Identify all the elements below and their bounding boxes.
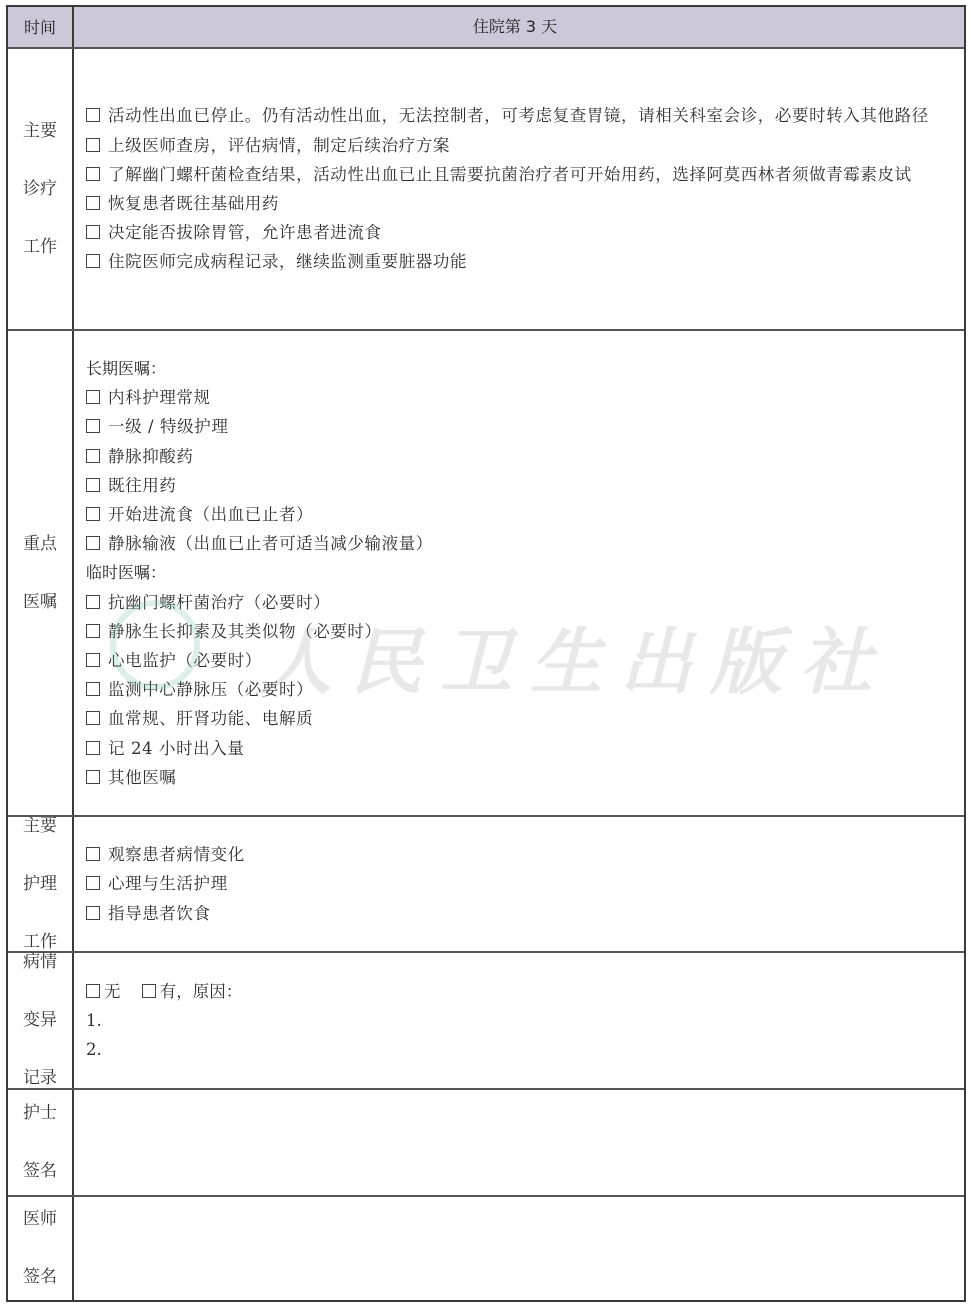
checkbox-icon[interactable]: [86, 412, 108, 441]
checkbox-icon[interactable]: [86, 218, 108, 247]
checklist-item[interactable]: 静脉输液（出血已止者可适当减少输液量）: [86, 529, 956, 558]
checkbox-icon[interactable]: [86, 869, 108, 898]
item-text: 决定能否拔除胃管，允许患者进流食: [108, 218, 956, 247]
item-text: 抗幽门螺杆菌治疗（必要时）: [108, 588, 956, 617]
label-line: 签名: [21, 1157, 59, 1186]
label-line: 护士: [21, 1099, 59, 1128]
item-text: 内科护理常规: [108, 383, 956, 412]
checkbox-icon[interactable]: [86, 840, 108, 869]
diagnosis-row-label: 主要诊疗工作: [8, 49, 74, 329]
item-text: 静脉输液（出血已止者可适当减少输液量）: [108, 529, 956, 558]
diagnosis-items: 活动性出血已停止。仍有活动性出血，无法控制者，可考虑复查胃镜，请相关科室会诊，必…: [74, 49, 964, 329]
item-text: 监测中心静脉压（必要时）: [108, 675, 956, 704]
checkbox-icon[interactable]: [86, 471, 108, 500]
label-line: 变异: [21, 1006, 59, 1035]
checkbox-icon[interactable]: [86, 977, 104, 1006]
nursing-row: 主要护理工作 观察患者病情变化 心理与生活护理 指导患者饮食: [8, 817, 964, 953]
item-text: 静脉生长抑素及其类似物（必要时）: [108, 617, 956, 646]
checklist-item[interactable]: 一级 / 特级护理: [86, 412, 956, 441]
label-line: 医师: [21, 1205, 59, 1234]
orders-row: 重点医嘱 长期医嘱： 内科护理常规 一级 / 特级护理 静脉抑酸药 既往用药 开…: [8, 331, 964, 817]
checkbox-icon[interactable]: [86, 383, 108, 412]
item-text: 住院医师完成病程记录，继续监测重要脏器功能: [108, 247, 956, 276]
checkbox-icon[interactable]: [86, 763, 108, 792]
temporary-orders-heading: 临时医嘱：: [86, 558, 956, 587]
label-line: 诊疗: [21, 175, 59, 204]
item-text: 一级 / 特级护理: [108, 412, 956, 441]
time-label: 时间: [21, 13, 59, 42]
checkbox-icon[interactable]: [86, 442, 108, 471]
checklist-item[interactable]: 既往用药: [86, 471, 956, 500]
checklist-item[interactable]: 监测中心静脉压（必要时）: [86, 675, 956, 704]
clinical-pathway-table: 时间 住院第 3 天 主要诊疗工作 活动性出血已停止。仍有活动性出血，无法控制者…: [6, 5, 966, 1302]
option-none-label: 无: [104, 977, 121, 1006]
item-text: 既往用药: [108, 471, 956, 500]
reason-line-2[interactable]: 2.: [86, 1035, 956, 1064]
item-text: 记 24 小时出入量: [108, 734, 956, 763]
item-text: 了解幽门螺杆菌检查结果，活动性出血已止且需要抗菌治疗者可开始用药，选择阿莫西林者…: [108, 160, 956, 189]
checkbox-icon[interactable]: [142, 977, 160, 1006]
label-line: 医嘱: [21, 588, 59, 617]
nurse-signature-label: 护士签名: [8, 1090, 74, 1195]
checkbox-icon[interactable]: [86, 101, 108, 130]
checklist-item[interactable]: 了解幽门螺杆菌检查结果，活动性出血已止且需要抗菌治疗者可开始用药，选择阿莫西林者…: [86, 160, 956, 189]
checklist-item[interactable]: 心电监护（必要时）: [86, 646, 956, 675]
day-label: 住院第 3 天: [473, 12, 557, 41]
header-row: 时间 住院第 3 天: [8, 7, 964, 49]
item-text: 其他医嘱: [108, 763, 956, 792]
option-none[interactable]: 无: [86, 977, 121, 1006]
checkbox-icon[interactable]: [86, 529, 108, 558]
checklist-item[interactable]: 开始进流食（出血已止者）: [86, 500, 956, 529]
label-line: 主要: [21, 812, 59, 841]
checklist-item[interactable]: 静脉抑酸药: [86, 442, 956, 471]
checkbox-icon[interactable]: [86, 500, 108, 529]
item-text: 恢复患者既往基础用药: [108, 189, 956, 218]
doctor-signature-field[interactable]: [74, 1197, 964, 1300]
label-line: 护理: [21, 870, 59, 899]
checklist-item[interactable]: 上级医师查房，评估病情，制定后续治疗方案: [86, 131, 956, 160]
variation-content: 无 有，原因： 1. 2.: [74, 953, 964, 1088]
diagnosis-row: 主要诊疗工作 活动性出血已停止。仍有活动性出血，无法控制者，可考虑复查胃镜，请相…: [8, 49, 964, 331]
checkbox-icon[interactable]: [86, 617, 108, 646]
variation-row: 病情变异记录 无 有，原因： 1. 2.: [8, 953, 964, 1090]
label-line: 病情: [21, 948, 59, 977]
doctor-signature-label: 医师签名: [8, 1197, 74, 1300]
item-text: 活动性出血已停止。仍有活动性出血，无法控制者，可考虑复查胃镜，请相关科室会诊，必…: [108, 101, 956, 130]
label-line: 工作: [21, 233, 59, 262]
checkbox-icon[interactable]: [86, 131, 108, 160]
checkbox-icon[interactable]: [86, 160, 108, 189]
item-text: 心电监护（必要时）: [108, 646, 956, 675]
item-text: 上级医师查房，评估病情，制定后续治疗方案: [108, 131, 956, 160]
reason-line-1[interactable]: 1.: [86, 1006, 956, 1035]
nurse-signature-field[interactable]: [74, 1090, 964, 1195]
item-text: 观察患者病情变化: [108, 840, 956, 869]
orders-row-label: 重点医嘱: [8, 331, 74, 815]
item-text: 开始进流食（出血已止者）: [108, 500, 956, 529]
checklist-item[interactable]: 内科护理常规: [86, 383, 956, 412]
checkbox-icon[interactable]: [86, 247, 108, 276]
nursing-row-label: 主要护理工作: [8, 817, 74, 951]
checklist-item[interactable]: 活动性出血已停止。仍有活动性出血，无法控制者，可考虑复查胃镜，请相关科室会诊，必…: [86, 101, 956, 130]
checkbox-icon[interactable]: [86, 734, 108, 763]
nursing-items: 观察患者病情变化 心理与生活护理 指导患者饮食: [74, 817, 964, 951]
checklist-item[interactable]: 决定能否拔除胃管，允许患者进流食: [86, 218, 956, 247]
checklist-item[interactable]: 血常规、肝肾功能、电解质: [86, 704, 956, 733]
variation-row-label: 病情变异记录: [8, 953, 74, 1088]
checkbox-icon[interactable]: [86, 588, 108, 617]
checklist-item[interactable]: 心理与生活护理: [86, 869, 956, 898]
checklist-item[interactable]: 其他医嘱: [86, 763, 956, 792]
time-column-header: 时间: [8, 7, 74, 47]
label-line: 记录: [21, 1064, 59, 1093]
checkbox-icon[interactable]: [86, 646, 108, 675]
item-text: 指导患者饮食: [108, 899, 956, 928]
checkbox-icon[interactable]: [86, 189, 108, 218]
option-yes-label: 有，原因：: [160, 977, 243, 1006]
item-text: 静脉抑酸药: [108, 442, 956, 471]
checklist-item[interactable]: 抗幽门螺杆菌治疗（必要时）: [86, 588, 956, 617]
day-column-header: 住院第 3 天: [74, 7, 964, 47]
doctor-signature-row: 医师签名: [8, 1197, 964, 1300]
checkbox-icon[interactable]: [86, 899, 108, 928]
checklist-item[interactable]: 记 24 小时出入量: [86, 734, 956, 763]
label-line: 重点: [21, 530, 59, 559]
checklist-item[interactable]: 静脉生长抑素及其类似物（必要时）: [86, 617, 956, 646]
nurse-signature-row: 护士签名: [8, 1090, 964, 1197]
item-text: 血常规、肝肾功能、电解质: [108, 704, 956, 733]
orders-items: 长期医嘱： 内科护理常规 一级 / 特级护理 静脉抑酸药 既往用药 开始进流食（…: [74, 331, 964, 815]
checklist-item[interactable]: 住院医师完成病程记录，继续监测重要脏器功能: [86, 247, 956, 276]
long-term-orders-heading: 长期医嘱：: [86, 354, 956, 383]
label-line: 签名: [21, 1263, 59, 1292]
checklist-item[interactable]: 恢复患者既往基础用药: [86, 189, 956, 218]
item-text: 心理与生活护理: [108, 869, 956, 898]
checkbox-icon[interactable]: [86, 675, 108, 704]
checklist-item[interactable]: 观察患者病情变化: [86, 840, 956, 869]
checkbox-icon[interactable]: [86, 704, 108, 733]
label-line: 主要: [21, 117, 59, 146]
checklist-item[interactable]: 指导患者饮食: [86, 899, 956, 928]
option-yes[interactable]: 有，原因：: [142, 977, 243, 1006]
variation-options: 无 有，原因：: [86, 977, 956, 1006]
